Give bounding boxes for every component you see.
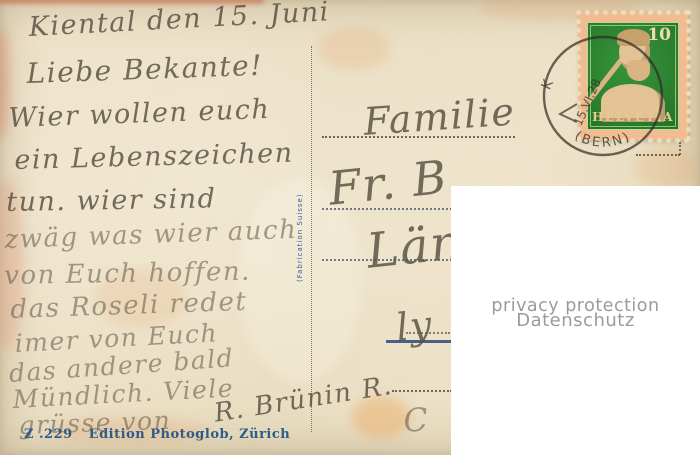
message-line: Liebe Bekante! xyxy=(26,49,263,90)
address-line-rule xyxy=(679,142,681,155)
postcard-back: (Fabrication Suisse) Kiental den 15. Jun… xyxy=(0,0,700,455)
privacy-text-en: privacy protection xyxy=(451,186,700,316)
address-line-rule xyxy=(392,390,452,392)
stain xyxy=(318,28,390,70)
divider-line xyxy=(311,46,312,432)
stamp-perforation xyxy=(684,8,693,144)
postmark-region-text: (BERN) xyxy=(572,129,634,151)
message-line: tun. wier sind xyxy=(6,183,217,218)
fabrication-notice: (Fabrication Suisse) xyxy=(296,192,310,284)
privacy-text-de: Datenschutz xyxy=(451,310,700,331)
svg-text:(BERN): (BERN) xyxy=(572,129,634,151)
card-number: Z .229 xyxy=(24,427,73,442)
postmark: K (BERN) 15.VI.28 xyxy=(533,26,673,166)
publisher-name: Edition Photoglob, Zürich xyxy=(89,427,291,442)
privacy-overlay: privacy protection Datenschutz xyxy=(451,186,700,455)
signature: R. Brünin R. xyxy=(212,371,395,429)
svg-text:K: K xyxy=(538,74,558,93)
address-line: Fr. B xyxy=(326,150,450,216)
address-line: C xyxy=(402,400,431,440)
publisher-imprint: Z .229Edition Photoglob, Zürich xyxy=(24,427,290,442)
address-line: ly xyxy=(394,302,435,350)
message-line: ein Lebenszeichen xyxy=(14,138,294,176)
message-line: zwäg was wier auch xyxy=(4,215,298,255)
message-line: Kiental den 15. Juni xyxy=(28,0,331,43)
stamp-perforation xyxy=(574,8,692,17)
message-line: Wier wollen euch xyxy=(8,94,271,134)
message-line: von Euch hoffen. xyxy=(4,257,251,291)
postmark-town-letter: K xyxy=(538,74,558,93)
